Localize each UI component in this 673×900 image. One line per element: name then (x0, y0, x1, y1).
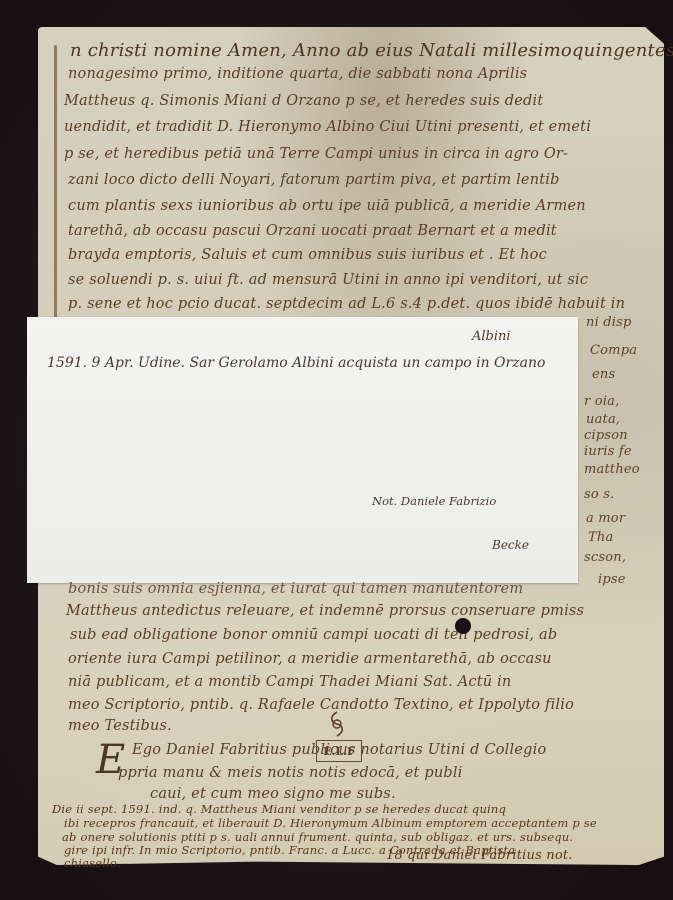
text-line: zani loco dicto delli Noyari, fatorum pa… (68, 172, 560, 188)
margin-fragment: ni disp (586, 315, 632, 330)
margin-fragment: so s. (584, 487, 614, 502)
text-line: meo Testibus. (68, 718, 172, 734)
margin-fragment: ipse (598, 572, 626, 587)
subscription-line: ppria manu & meis notis notis edocā, et … (118, 765, 463, 781)
margin-fragment: cipson (584, 428, 628, 443)
annotation-closing: 18 qui Daniel Fabritius not. (386, 848, 573, 863)
text-line: bonis suis omnia esjienna, et iurat qui … (68, 581, 523, 597)
text-line: Mattheus q. Simonis Miani d Orzano p se,… (64, 93, 543, 109)
margin-fragment: a mor (586, 511, 625, 526)
subscription-line: caui, et cum meo signo me subs. (150, 786, 396, 802)
text-line: se soluendi p. s. uiui ft. ad mensurā Ut… (68, 272, 588, 288)
margin-fragment: ens (592, 367, 615, 382)
label-corner-note: Albini (472, 329, 511, 344)
incipit-line: n christi nomine Amen, Anno ab eius Nata… (70, 40, 673, 61)
annotation-line: ab onere solutionis ptiti p s. uali annu… (62, 830, 573, 844)
margin-fragment: r oia, (584, 394, 619, 409)
text-line: p. sene et hoc pcio ducat. septdecim ad … (68, 296, 625, 312)
text-line: brayda emptoris, Saluis et cum omnibus s… (68, 247, 547, 263)
annotation-line: Die ii sept. 1591. ind. q. Mattheus Mian… (52, 802, 506, 816)
text-line: uendidit, et tradidit D. Hieronymo Albin… (64, 119, 591, 135)
text-line: niā publicam, et a montib Campi Thadei M… (68, 674, 511, 690)
margin-fragment: Tha (588, 530, 613, 545)
text-line: oriente iura Campi petilinor, a meridie … (68, 651, 552, 667)
text-line: cum plantis sexs iunioribus ab ortu ipe … (68, 198, 586, 214)
margin-fragment: mattheo (584, 462, 640, 477)
margin-fragment: uata, (586, 412, 620, 427)
annotation-line: chiasello. (64, 856, 121, 870)
archival-label: Albini 1591. 9 Apr. Udine. Sar Gerolamo … (27, 317, 578, 583)
margin-fragment: scson, (584, 550, 626, 565)
text-line: meo Scriptorio, pntib. q. Rafaele Candot… (68, 697, 574, 713)
label-signature: Not. Daniele Fabrizio (372, 494, 496, 508)
text-line: nonagesimo primo, inditione quarta, die … (68, 66, 527, 82)
notarial-signum-box: E.L.F (316, 740, 362, 762)
label-summary: 1591. 9 Apr. Udine. Sar Gerolamo Albini … (47, 355, 545, 371)
margin-fragment: iuris fe (584, 444, 632, 459)
notarial-signum-flourish-icon (326, 710, 348, 738)
margin-fragment: Compa (590, 343, 637, 358)
text-line: p se, et heredibus petiā unā Terre Campi… (64, 146, 568, 162)
text-line: sub ead obligatione bonor omniū campi uo… (70, 627, 557, 643)
annotation-line: ibi recepros francauit, et liberauit D. … (64, 816, 597, 830)
text-line: tarethā, ab occasu pascui Orzani uocati … (68, 223, 557, 239)
text-line: Mattheus antedictus releuare, et indemnē… (66, 603, 584, 619)
label-initials: Becke (492, 538, 529, 552)
initial-letter-stroke (54, 45, 57, 325)
parchment-hole (455, 618, 471, 634)
